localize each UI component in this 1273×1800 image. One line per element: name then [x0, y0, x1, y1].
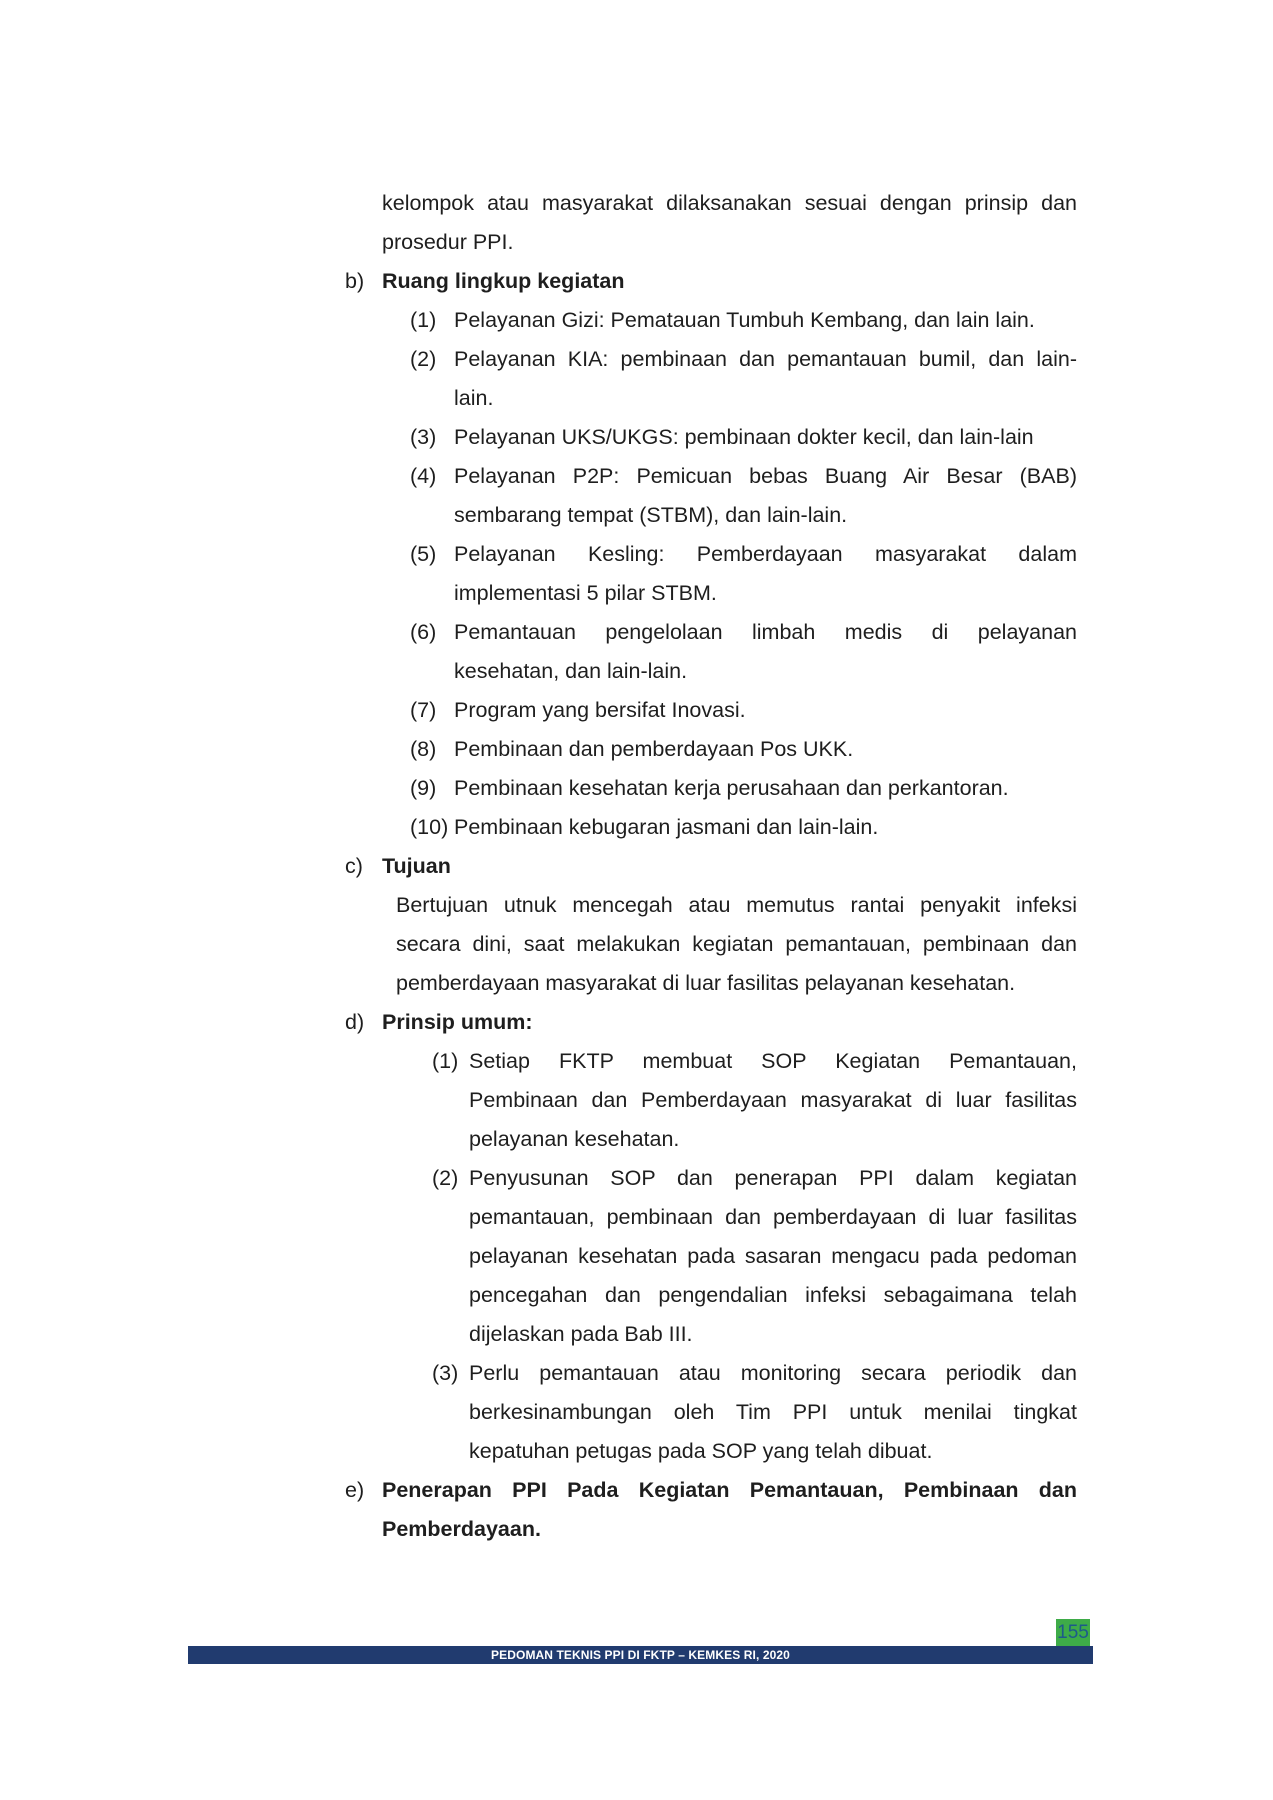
text-line: Pelayanan UKS/UKGS: pembinaan dokter kec…	[454, 422, 1034, 452]
text-line: Perlu pemantauan atau monitoring secara …	[469, 1358, 1077, 1388]
text-line: pelayanan kesehatan.	[469, 1124, 679, 1154]
text-line: kepatuhan petugas pada SOP yang telah di…	[469, 1436, 932, 1466]
list-marker: e)	[345, 1475, 364, 1505]
footer-bar: PEDOMAN TEKNIS PPI DI FKTP – KEMKES RI, …	[188, 1646, 1093, 1664]
text-line: Penyusunan SOP dan penerapan PPI dalam k…	[469, 1163, 1077, 1193]
section-heading: Penerapan PPI Pada Kegiatan Pemantauan, …	[382, 1475, 1077, 1505]
list-marker: (6)	[410, 617, 436, 647]
text-line: pelayanan kesehatan pada sasaran mengacu…	[469, 1241, 1077, 1271]
list-marker: (5)	[410, 539, 436, 569]
text-line: Pembinaan dan pemberdayaan Pos UKK.	[454, 734, 853, 764]
page-number-badge: 155	[1056, 1619, 1090, 1646]
text-line: pemantauan, pembinaan dan pemberdayaan d…	[469, 1202, 1077, 1232]
list-marker: (3)	[410, 422, 436, 452]
text-line: Setiap FKTP membuat SOP Kegiatan Pemanta…	[469, 1046, 1077, 1076]
section-heading: Ruang lingkup kegiatan	[382, 266, 625, 296]
list-marker: (4)	[410, 461, 436, 491]
text-line: lain.	[454, 383, 493, 413]
list-marker: (10)	[410, 812, 448, 842]
text-line: implementasi 5 pilar STBM.	[454, 578, 717, 608]
footer-title: PEDOMAN TEKNIS PPI DI FKTP – KEMKES RI, …	[188, 1646, 1093, 1664]
text-line: sembarang tempat (STBM), dan lain-lain.	[454, 500, 847, 530]
list-marker: (3)	[432, 1358, 458, 1388]
text-line: Pembinaan dan Pemberdayaan masyarakat di…	[469, 1085, 1077, 1115]
list-marker: (2)	[410, 344, 436, 374]
list-marker: (8)	[410, 734, 436, 764]
section-heading: Pemberdayaan.	[382, 1514, 541, 1544]
text-line: pemberdayaan masyarakat di luar fasilita…	[396, 968, 1015, 998]
text-line: Pelayanan KIA: pembinaan dan pemantauan …	[454, 344, 1077, 374]
text-line: Pelayanan Gizi: Pematauan Tumbuh Kembang…	[454, 305, 1035, 335]
text-line: Pembinaan kesehatan kerja perusahaan dan…	[454, 773, 1009, 803]
text-line: Bertujuan utnuk mencegah atau memutus ra…	[396, 890, 1077, 920]
list-marker: (1)	[432, 1046, 458, 1076]
text-line: pencegahan dan pengendalian infeksi seba…	[469, 1280, 1077, 1310]
text-line: kelompok atau masyarakat dilaksanakan se…	[382, 188, 1077, 218]
list-marker: (1)	[410, 305, 436, 335]
text-line: secara dini, saat melakukan kegiatan pem…	[396, 929, 1077, 959]
text-line: kesehatan, dan lain-lain.	[454, 656, 687, 686]
text-line: Pemantauan pengelolaan limbah medis di p…	[454, 617, 1077, 647]
list-marker: (2)	[432, 1163, 458, 1193]
list-marker: d)	[345, 1007, 364, 1037]
text-line: Pelayanan P2P: Pemicuan bebas Buang Air …	[454, 461, 1077, 491]
text-line: dijelaskan pada Bab III.	[469, 1319, 693, 1349]
list-marker: (9)	[410, 773, 436, 803]
list-marker: c)	[345, 851, 363, 881]
text-line: prosedur PPI.	[382, 227, 513, 257]
list-marker: b)	[345, 266, 364, 296]
list-marker: (7)	[410, 695, 436, 725]
text-line: berkesinambungan oleh Tim PPI untuk meni…	[469, 1397, 1077, 1427]
section-heading: Prinsip umum:	[382, 1007, 533, 1037]
text-line: Pembinaan kebugaran jasmani dan lain-lai…	[454, 812, 878, 842]
text-line: Program yang bersifat Inovasi.	[454, 695, 746, 725]
section-heading: Tujuan	[382, 851, 451, 881]
text-line: Pelayanan Kesling: Pemberdayaan masyarak…	[454, 539, 1077, 569]
